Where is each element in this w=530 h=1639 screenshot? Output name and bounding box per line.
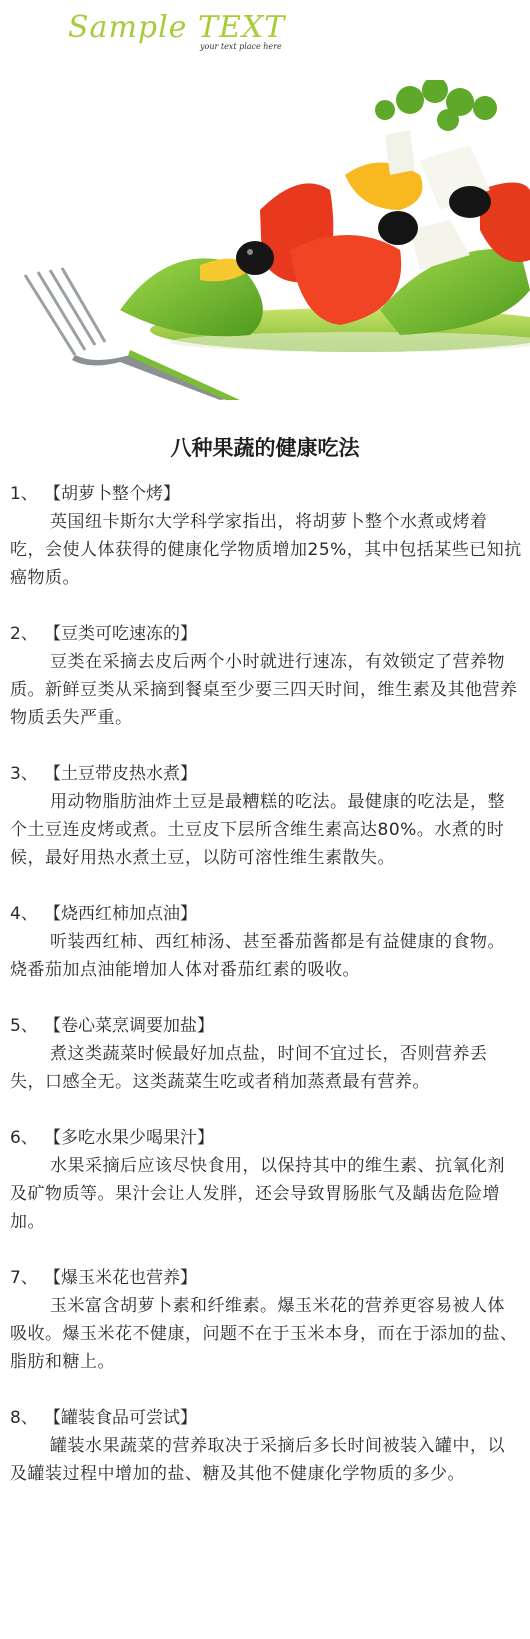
section-title: 【烧西红柿加点油】 (44, 904, 197, 924)
section-number: 8、 (10, 1404, 44, 1432)
section-body: 豆类在采摘去皮后两个小时就进行速冻，有效锁定了营养物质。新鲜豆类从采摘到餐桌至少… (10, 648, 522, 732)
section-heading: 2、【豆类可吃速冻的】 (10, 620, 522, 648)
section-body: 煮这类蔬菜时候最好加点盐，时间不宜过长，否则营养丢失，口感全无。这类蔬菜生吃或者… (10, 1040, 522, 1096)
section-body: 英国纽卡斯尔大学科学家指出，将胡萝卜整个水煮或烤着吃，会使人体获得的健康化学物质… (10, 508, 522, 592)
section-body: 听装西红柿、西红柿汤、甚至番茄酱都是有益健康的食物。烧番茄加点油能增加人体对番茄… (10, 928, 522, 984)
article-content: 1、【胡萝卜整个烤】 英国纽卡斯尔大学科学家指出，将胡萝卜整个水煮或烤着吃，会使… (10, 480, 522, 1516)
section-heading: 6、【多吃水果少喝果汁】 (10, 1124, 522, 1152)
salad-image (0, 80, 530, 400)
section-title: 【卷心菜烹调要加盐】 (44, 1016, 214, 1036)
section-number: 7、 (10, 1264, 44, 1292)
section-8: 8、【罐装食品可尝试】 罐装水果蔬菜的营养取决于采摘后多长时间被装入罐中，以及罐… (10, 1404, 522, 1488)
section-5: 5、【卷心菜烹调要加盐】 煮这类蔬菜时候最好加点盐，时间不宜过长，否则营养丢失，… (10, 1012, 522, 1096)
article-title: 八种果蔬的健康吃法 (0, 432, 530, 462)
section-7: 7、【爆玉米花也营养】 玉米富含胡萝卜素和纤维素。爆玉米花的营养更容易被人体吸收… (10, 1264, 522, 1376)
section-6: 6、【多吃水果少喝果汁】 水果采摘后应该尽快食用，以保持其中的维生素、抗氧化剂及… (10, 1124, 522, 1236)
section-body: 用动物脂肪油炸土豆是最糟糕的吃法。最健康的吃法是，整个土豆连皮烤或煮。土豆皮下层… (10, 788, 522, 872)
section-title: 【土豆带皮热水煮】 (44, 764, 197, 784)
section-title: 【豆类可吃速冻的】 (44, 624, 197, 644)
header-banner: Sample TEXT your text place here (0, 0, 530, 400)
section-heading: 5、【卷心菜烹调要加盐】 (10, 1012, 522, 1040)
section-1: 1、【胡萝卜整个烤】 英国纽卡斯尔大学科学家指出，将胡萝卜整个水煮或烤着吃，会使… (10, 480, 522, 592)
section-title: 【多吃水果少喝果汁】 (44, 1128, 214, 1148)
section-body: 罐装水果蔬菜的营养取决于采摘后多长时间被装入罐中，以及罐装过程中增加的盐、糖及其… (10, 1432, 522, 1488)
section-heading: 3、【土豆带皮热水煮】 (10, 760, 522, 788)
section-2: 2、【豆类可吃速冻的】 豆类在采摘去皮后两个小时就进行速冻，有效锁定了营养物质。… (10, 620, 522, 732)
section-number: 3、 (10, 760, 44, 788)
section-heading: 7、【爆玉米花也营养】 (10, 1264, 522, 1292)
brand-title: Sample TEXT (68, 10, 285, 45)
section-4: 4、【烧西红柿加点油】 听装西红柿、西红柿汤、甚至番茄酱都是有益健康的食物。烧番… (10, 900, 522, 984)
brand-subtitle: your text place here (200, 42, 282, 51)
section-heading: 1、【胡萝卜整个烤】 (10, 480, 522, 508)
section-number: 6、 (10, 1124, 44, 1152)
section-number: 2、 (10, 620, 44, 648)
section-heading: 8、【罐装食品可尝试】 (10, 1404, 522, 1432)
section-title: 【罐装食品可尝试】 (44, 1408, 197, 1428)
section-number: 4、 (10, 900, 44, 928)
section-number: 5、 (10, 1012, 44, 1040)
section-title: 【胡萝卜整个烤】 (44, 484, 180, 504)
section-3: 3、【土豆带皮热水煮】 用动物脂肪油炸土豆是最糟糕的吃法。最健康的吃法是，整个土… (10, 760, 522, 872)
section-heading: 4、【烧西红柿加点油】 (10, 900, 522, 928)
section-body: 玉米富含胡萝卜素和纤维素。爆玉米花的营养更容易被人体吸收。爆玉米花不健康，问题不… (10, 1292, 522, 1376)
section-title: 【爆玉米花也营养】 (44, 1268, 197, 1288)
section-number: 1、 (10, 480, 44, 508)
section-body: 水果采摘后应该尽快食用，以保持其中的维生素、抗氧化剂及矿物质等。果汁会让人发胖，… (10, 1152, 522, 1236)
